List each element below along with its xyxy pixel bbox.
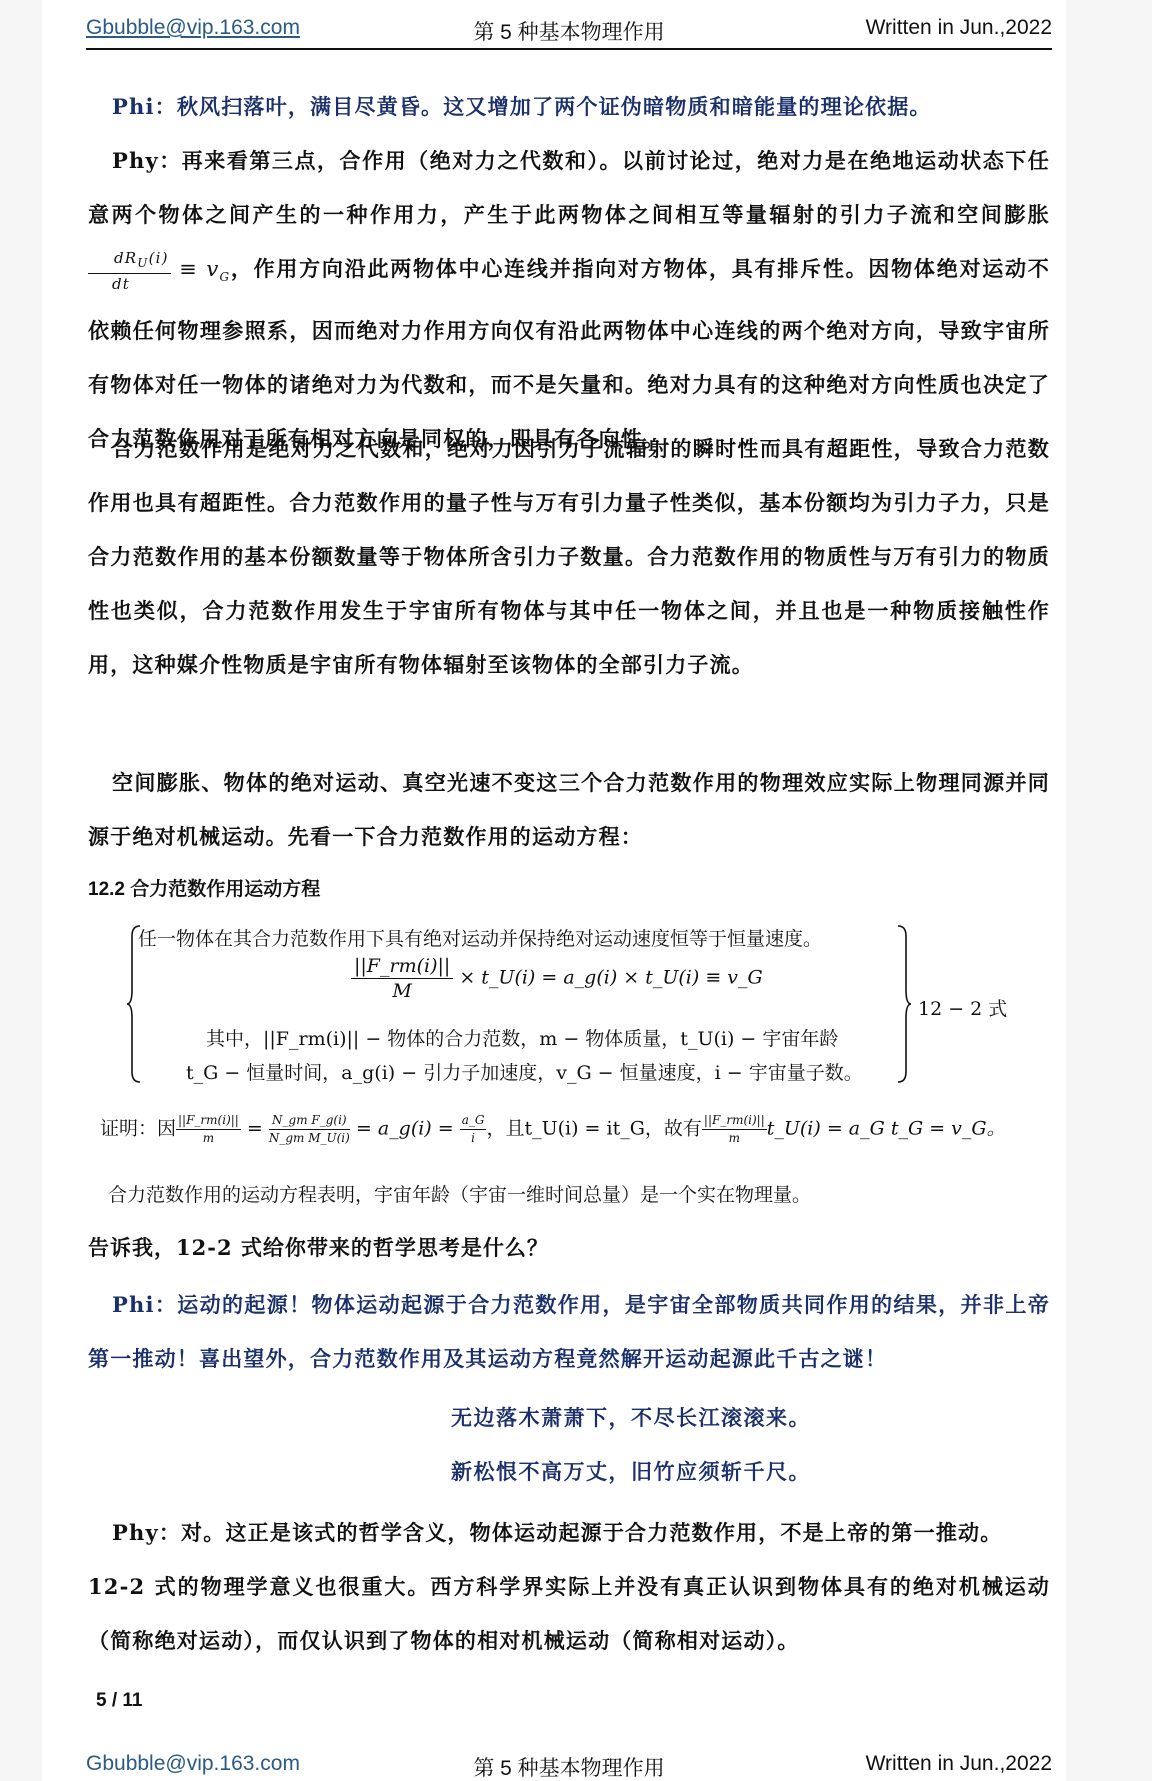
frac-num-tail: (i) [149,249,169,267]
footer-date: Written in Jun.,2022 [866,1752,1052,1776]
equiv-symbol: ≡ v [171,257,220,281]
page-number: 5 / 11 [96,1690,143,1712]
right-brace-icon [896,924,912,1084]
header-date: Written in Jun.,2022 [866,16,1052,40]
proof-mid: = a_g(i) = [350,1118,460,1140]
paragraph-4: 空间膨胀、物体的绝对运动、真空光速不变这三个合力范数作用的物理效应实际上物理同源… [88,756,1050,864]
proof-frac-3-num: a_G [460,1112,487,1130]
proof-frac-2-den: N_gm M_U(i) [269,1131,350,1145]
phy-answer-line-2: 12-2 式的物理学意义也很重大。西方科学界实际上并没有真正认识到物体具有的绝对… [88,1560,1050,1668]
proof-frac-4: ||F_rm(i)||m [702,1112,767,1147]
proof-frac-4-num: ||F_rm(i)|| [702,1112,767,1130]
proof-frac-1: ||F_rm(i)||m [176,1112,241,1147]
proof-frac-1-den: m [203,1131,214,1145]
proof-end: t_U(i) = a_G t_G = v_G。 [767,1118,1006,1140]
paragraph-3: 合力范数作用是绝对力之代数和，绝对力因引力子流辐射的瞬时性而具有超距性，导致合力… [88,422,1050,692]
equiv-sub: G [219,270,230,284]
question-text: 告诉我，12-2 式给你带来的哲学思考是什么？ [88,1232,549,1262]
proof-frac-4-den: m [729,1131,740,1145]
proof-label: 证明：因 [100,1118,176,1140]
equation-line-1: 任一物体在其合力范数作用下具有绝对运动并保持绝对运动速度恒等于恒量速度。 [138,924,822,951]
phi-paragraph-1: Phi：秋风扫落叶，满目尽黄昏。这又增加了两个证伪暗物质和暗能量的理论依据。 [88,80,1050,134]
eq-line-2-rest: × t_U(i) = a_g(i) × t_U(i) ≡ v_G [453,967,762,989]
proof-frac-1-num: ||F_rm(i)|| [176,1112,241,1130]
equiv-vg: ≡ vG [171,257,231,281]
phi-answer: Phi：运动的起源！物体运动起源于合力范数作用，是宇宙全部物质共同作用的结果，并… [88,1278,1050,1386]
header-divider [86,48,1052,50]
poem-line-1: 无边落木萧萧下，不尽长江滚滚来。 [0,1402,1152,1432]
equation-line-3: 其中，||F_rm(i)|| − 物体的合力范数，m − 物体质量，t_U(i)… [206,1024,838,1051]
phy-answer-line-1: Phy：对。这正是该式的哲学含义，物体运动起源于合力范数作用，不是上帝的第一推动… [88,1506,1050,1560]
frac-num-sub: U [137,256,148,270]
proof-frac-2: N_gm F_g(i)N_gm M_U(i) [269,1112,350,1147]
expansion-rate-fraction: dRU(i)dt [88,248,171,294]
proof-line: 证明：因||F_rm(i)||m = N_gm F_g(i)N_gm M_U(i… [100,1112,1006,1147]
section-heading: 12.2 合力范数作用运动方程 [88,874,320,901]
equation-line-4: t_G − 恒量时间，a_g(i) − 引力子加速度，v_G − 恒量速度，i … [186,1058,863,1085]
frac-den: dt [88,274,171,294]
equation-tag: 12 − 2 式 [918,994,1007,1021]
eq-frac-num: ||F_rm(i)|| [351,954,453,979]
phy-paragraph-2-part-a: Phy：再来看第三点，合作用（绝对力之代数和）。以前讨论过，绝对力是在绝地运动状… [88,148,1050,227]
phy-paragraph-2: Phy：再来看第三点，合作用（绝对力之代数和）。以前讨论过，绝对力是在绝地运动状… [88,134,1050,466]
equation-line-2: ||F_rm(i)||M × t_U(i) = a_g(i) × t_U(i) … [351,954,763,1003]
proof-frac-3-den: i [471,1131,475,1145]
conclusion-text: 合力范数作用的运动方程表明，宇宙年龄（宇宙一维时间总量）是一个实在物理量。 [108,1180,811,1207]
page-footer: Gbubble@vip.163.com 第 5 种基本物理作用 Written … [86,1752,1052,1781]
eq-frac-den: M [392,980,411,1002]
proof-frac-2-num: N_gm F_g(i) [269,1112,350,1130]
frac-num: dR [114,249,137,267]
norm-over-mass-fraction: ||F_rm(i)||M [351,954,453,1003]
proof-and: ，且t_U(i) = it_G，故有 [486,1118,701,1140]
equation-12-2: 任一物体在其合力范数作用下具有绝对运动并保持绝对运动速度恒等于恒量速度。 ||F… [126,924,926,1086]
poem-line-2: 新松恨不高万丈，旧竹应须斩千尺。 [0,1456,1152,1486]
page-header: Gbubble@vip.163.com 第 5 种基本物理作用 Written … [86,16,1052,46]
proof-frac-3: a_Gi [460,1112,487,1147]
